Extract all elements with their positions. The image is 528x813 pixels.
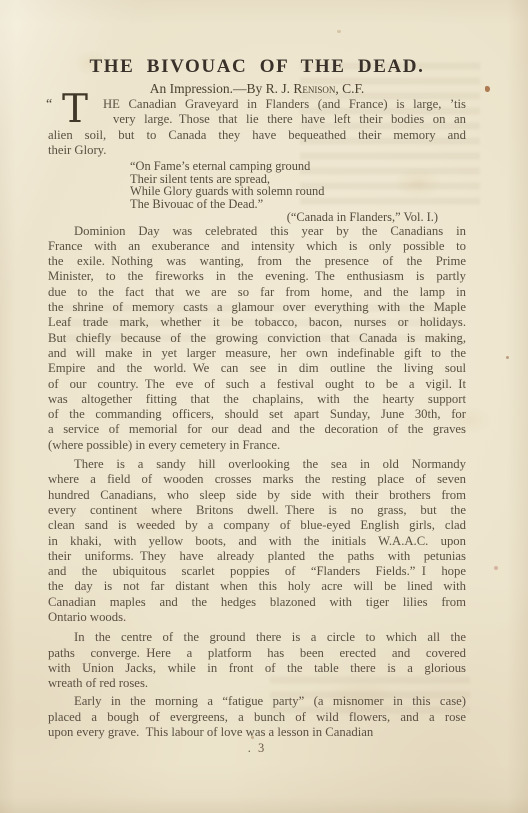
article-byline: An Impression.—By R. J. Renison, C.F. <box>48 82 466 96</box>
text-line: paths converge. Here a platform has been… <box>48 646 466 661</box>
text-line: a service of memorial for our dead and t… <box>48 422 466 437</box>
paragraph-lines: There is a sandy hill overlooking the se… <box>48 457 466 625</box>
dropcap-letter: T <box>62 94 88 126</box>
poem-lines: “On Fame’s eternal camping groundTheir s… <box>130 160 466 210</box>
article: THE BIVOUAC OF THE DEAD. An Impression.—… <box>48 56 466 740</box>
text-line: the day is not far distant when this hol… <box>48 579 466 594</box>
text-line: Canadian maples and the hedges blazoned … <box>48 595 466 610</box>
text-line: with Union Jacks, while in front of the … <box>48 661 466 676</box>
text-line: very large. Those that lie there have le… <box>48 112 466 127</box>
text-line: was altogether fitting that the chaplain… <box>48 392 466 407</box>
foxing-speck <box>506 356 509 359</box>
body-paragraph: Early in the morning a “fatigue party” (… <box>48 694 466 740</box>
text-line: their Glory. <box>48 143 466 158</box>
text-line: France with an exuberance and intensity … <box>48 239 466 254</box>
text-line: their uniforms. They have already plante… <box>48 549 466 564</box>
text-line: every continent where Britons dwell. The… <box>48 503 466 518</box>
paragraph-lines: Dominion Day was celebrated this year by… <box>48 224 466 453</box>
text-line: placed a bough of evergreens, a bunch of… <box>48 710 466 725</box>
poem-attribution: (“Canada in Flanders,” Vol. I.) <box>130 211 466 224</box>
text-line: But chiefly because of the growing convi… <box>48 331 466 346</box>
text-line: and the ubiquitous scarlet poppies of “F… <box>48 564 466 579</box>
body-paragraph: Dominion Day was celebrated this year by… <box>48 224 466 453</box>
text-line: where a field of wooden crosses marks th… <box>48 472 466 487</box>
text-line: There is a sandy hill overlooking the se… <box>48 457 466 472</box>
text-line: In the centre of the ground there is a c… <box>48 630 466 645</box>
page-scan: THE BIVOUAC OF THE DEAD. An Impression.—… <box>0 0 528 813</box>
paragraph-lines: Early in the morning a “fatigue party” (… <box>48 694 466 740</box>
text-line: alien soil, but to Canada they have bequ… <box>48 128 466 143</box>
text-line: upon every grave. This labour of love wa… <box>48 725 466 740</box>
text-line: Leaf trade mark, whether it be tobacco, … <box>48 315 466 330</box>
text-line: of the commanding officers, should set a… <box>48 407 466 422</box>
text-line: in khaki, with yellow boots, and with th… <box>48 534 466 549</box>
foxing-speck <box>485 86 490 92</box>
text-line: clean sand is weeded by a company of blu… <box>48 518 466 533</box>
paragraph-lines: In the centre of the ground there is a c… <box>48 630 466 691</box>
byline-surname: Renison <box>293 81 335 96</box>
opening-lines: HE Canadian Graveyard in Flanders (and F… <box>48 97 466 158</box>
page-number: . 3 <box>48 741 466 756</box>
text-line: “On Fame’s eternal camping ground <box>130 160 466 173</box>
foxing-speck <box>494 566 498 570</box>
text-line: the shrine of memory casts a glamour ove… <box>48 300 466 315</box>
text-line: wreath of red roses. <box>48 676 466 691</box>
opening-paragraph: “ T HE Canadian Graveyard in Flanders (a… <box>48 97 466 158</box>
poem-stanza: “On Fame’s eternal camping groundTheir s… <box>130 160 466 223</box>
foxing-speck <box>337 30 341 33</box>
text-line: of our country. The eve of such a festiv… <box>48 377 466 392</box>
text-line: Minister, to the fireworks in the evenin… <box>48 269 466 284</box>
text-line: Ontario woods. <box>48 610 466 625</box>
text-line: Early in the morning a “fatigue party” (… <box>48 694 466 709</box>
text-line: and will make in yet larger measure, her… <box>48 346 466 361</box>
byline-prefix: An Impression.—By R. J. <box>150 81 294 96</box>
article-title: THE BIVOUAC OF THE DEAD. <box>48 56 466 77</box>
byline-suffix: , C.F. <box>335 81 364 96</box>
text-line: the exile. Nothing was wanting, from the… <box>48 254 466 269</box>
text-line: (where possible) in every cemetery in Fr… <box>48 438 466 453</box>
text-line: The Bivouac of the Dead.” <box>130 198 466 211</box>
opening-quote-mark: “ <box>46 97 52 113</box>
text-line: HE Canadian Graveyard in Flanders (and F… <box>48 97 466 112</box>
text-line: hundred Canadians, who sleep side by sid… <box>48 488 466 503</box>
body-paragraph: In the centre of the ground there is a c… <box>48 630 466 691</box>
text-line: Dominion Day was celebrated this year by… <box>48 224 466 239</box>
body-paragraph: There is a sandy hill overlooking the se… <box>48 457 466 625</box>
text-line: due to the fact that we are so far from … <box>48 285 466 300</box>
text-line: Empire and the world. We can see in dim … <box>48 361 466 376</box>
